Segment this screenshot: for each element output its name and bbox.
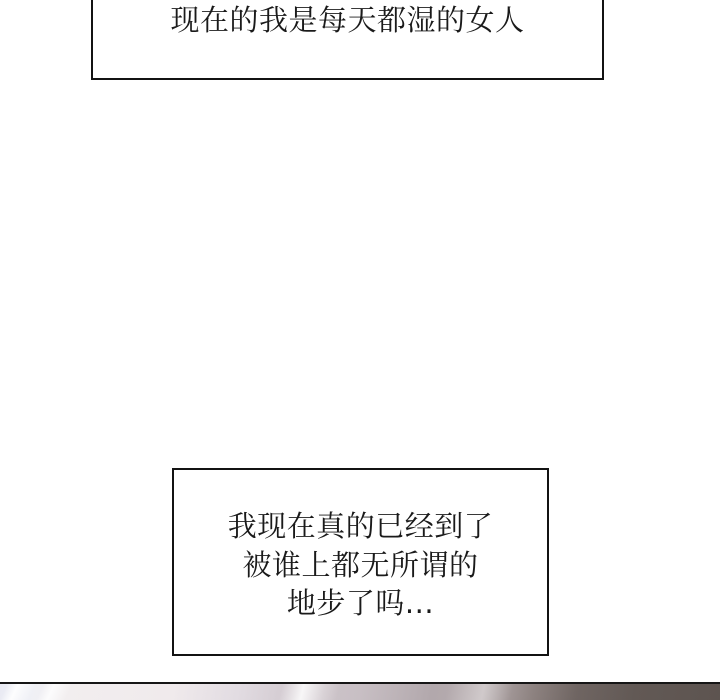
next-panel-artwork-sliver — [0, 684, 720, 700]
caption-box-bottom: 我现在真的已经到了 被谁上都无所谓的 地步了吗... — [172, 468, 549, 656]
caption-text-bottom-line-3: 地步了吗... — [174, 584, 547, 623]
caption-text-bottom-line-1: 我现在真的已经到了 — [174, 507, 547, 546]
caption-text-top: 现在的我是每天都湿的女人 — [93, 5, 602, 35]
caption-box-top: 现在的我是每天都湿的女人 — [91, 0, 604, 80]
comic-page: 现在的我是每天都湿的女人 我现在真的已经到了 被谁上都无所谓的 地步了吗... — [0, 0, 720, 700]
caption-text-bottom-line-2: 被谁上都无所谓的 — [174, 546, 547, 585]
